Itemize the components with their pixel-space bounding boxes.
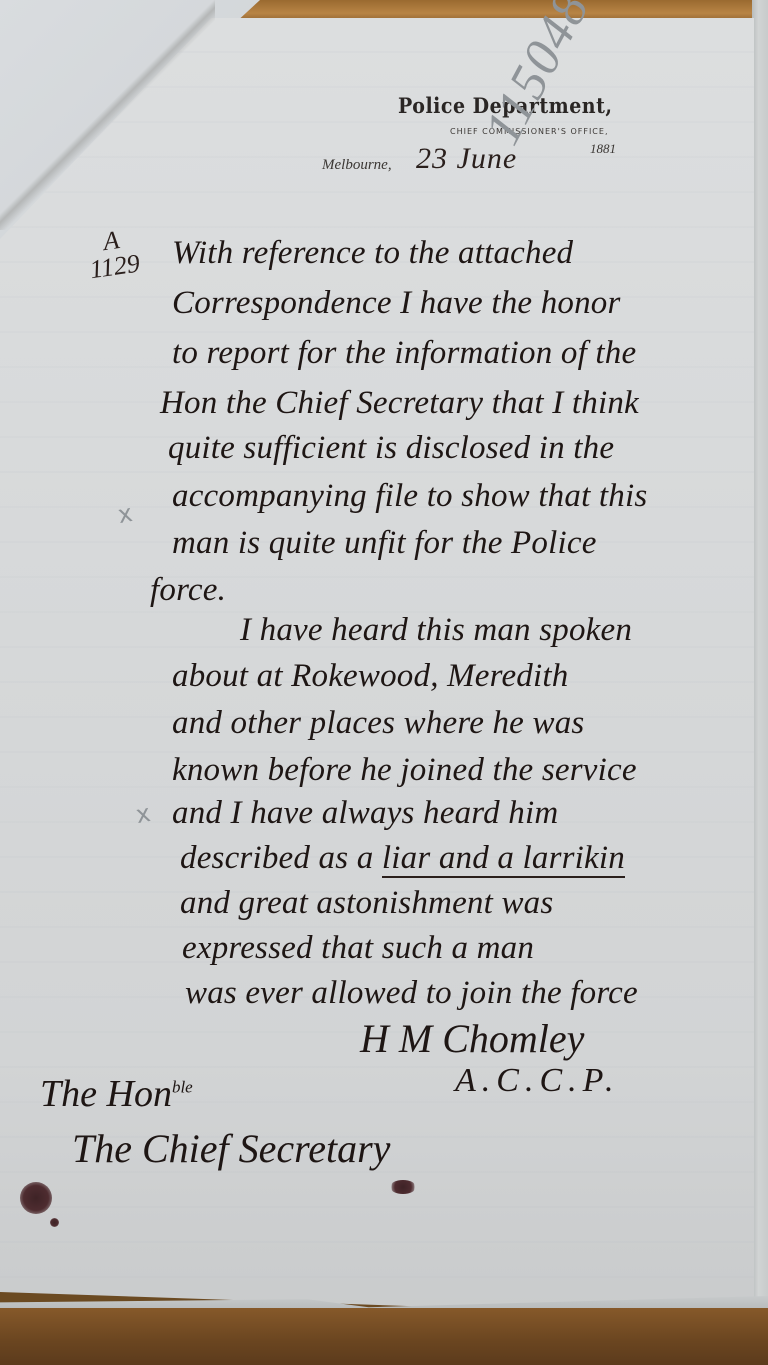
body-line: expressed that such a man [182,930,534,967]
body-line: force. [150,572,226,609]
underlying-sheet-right-edge [752,0,768,1310]
addressee-line-2: The Chief Secretary [72,1125,390,1172]
body-line: was ever allowed to join the force [185,975,638,1012]
signature-title: A.C.C.P. [455,1062,620,1100]
margin-reference: A 1129 [85,225,142,283]
ink-blot [20,1182,52,1214]
body-line: accompanying file to show that this [172,478,647,515]
body-line: With reference to the attached [172,235,573,272]
letterhead-city: Melbourne, [322,157,392,174]
body-line: described as a liar and a larrikin [180,840,625,877]
body-line: and great astonishment was [180,885,553,922]
body-line: known before he joined the service [172,752,637,789]
body-line: to report for the information of the [172,335,636,372]
body-line: man is quite unfit for the Police [172,525,597,562]
addressee-line-1: The Honble [40,1072,193,1116]
body-line: I have heard this man spoken [240,612,632,649]
body-line: quite sufficient is disclosed in the [168,430,614,467]
body-line: and other places where he was [172,705,584,742]
addressee-honorific: The Hon [40,1073,172,1115]
ink-blot [50,1218,59,1227]
body-line-text: described as a [180,840,373,876]
body-line: about at Rokewood, Meredith [172,658,568,695]
letter-date: 23 June [416,142,517,176]
underlined-phrase: liar and a larrikin [382,840,625,878]
signature-name: H M Chomley [360,1015,584,1062]
letter-year: 1881 [590,141,616,157]
margin-reference-number: 1129 [88,251,141,284]
body-line: Hon the Chief Secretary that I think [160,385,639,422]
addressee-honorific-suffix: ble [172,1077,193,1096]
desk-background-bottom [0,1308,768,1365]
ink-blot [390,1180,416,1194]
body-line: Correspondence I have the honor [172,285,621,322]
body-line: and I have always heard him [172,795,558,832]
